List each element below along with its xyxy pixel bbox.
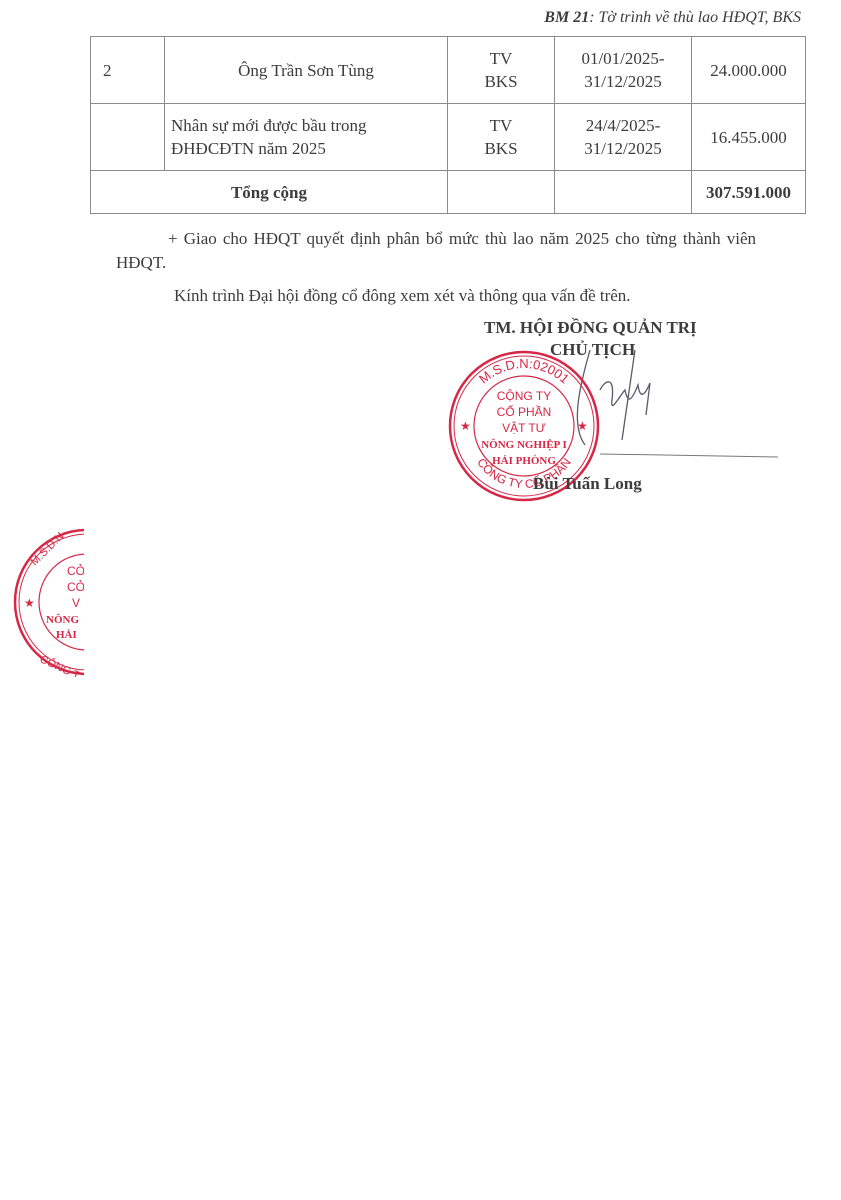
svg-text:NÔNG: NÔNG xyxy=(46,613,79,626)
svg-text:★: ★ xyxy=(577,419,588,433)
svg-text:HẢI PHÒNG: HẢI PHÒNG xyxy=(492,455,556,467)
cell-no: 2 xyxy=(91,37,165,104)
cell-period: 01/01/2025-31/12/2025 xyxy=(555,37,692,104)
svg-text:CỔ PHẦN: CỔ PHẦN xyxy=(497,404,552,419)
svg-text:NÔNG NGHIỆP I: NÔNG NGHIỆP I xyxy=(481,438,567,451)
svg-text:HẢI: HẢI xyxy=(56,629,77,641)
cell-period: 24/4/2025-31/12/2025 xyxy=(555,104,692,171)
total-label: Tổng cộng xyxy=(91,171,448,214)
signature-org: TM. HỘI ĐỒNG QUẢN TRỊ xyxy=(484,318,697,338)
table-total-row: Tổng cộng 307.591.000 xyxy=(91,171,806,214)
svg-text:CỎ: CỎ xyxy=(67,579,84,594)
cell-amount: 24.000.000 xyxy=(692,37,806,104)
partial-stamp: ★ M.S.D.N CÔNG T CỎ CỎ V NÔNG HẢI xyxy=(12,527,84,677)
remuneration-table: 2 Ông Trần Sơn Tùng TVBKS 01/01/2025-31/… xyxy=(90,36,806,214)
cell-name: Ông Trần Sơn Tùng xyxy=(165,37,448,104)
cell-empty xyxy=(448,171,555,214)
signer-name: Bùi Tuấn Long xyxy=(533,474,642,494)
total-amount: 307.591.000 xyxy=(692,171,806,214)
form-title: : Tờ trình về thù lao HĐQT, BKS xyxy=(589,9,801,26)
cell-no xyxy=(91,104,165,171)
svg-text:CỎ: CỎ xyxy=(67,563,84,578)
svg-text:★: ★ xyxy=(24,596,35,610)
table-row: 2 Ông Trần Sơn Tùng TVBKS 01/01/2025-31/… xyxy=(91,37,806,104)
cell-amount: 16.455.000 xyxy=(692,104,806,171)
svg-text:VẬT TƯ: VẬT TƯ xyxy=(502,420,546,435)
table-row: Nhân sự mới được bầu trongĐHĐCĐTN năm 20… xyxy=(91,104,806,171)
cell-name: Nhân sự mới được bầu trongĐHĐCĐTN năm 20… xyxy=(165,104,448,171)
cell-empty xyxy=(555,171,692,214)
paragraph-assignment: + Giao cho HĐQT quyết định phân bổ mức t… xyxy=(116,227,756,275)
svg-text:CỘNG TY: CỘNG TY xyxy=(497,388,551,403)
form-code: BM 21 xyxy=(544,9,589,26)
svg-text:★: ★ xyxy=(460,419,471,433)
form-code-header: BM 21: Tờ trình về thù lao HĐQT, BKS xyxy=(544,9,801,27)
svg-text:CÔNG T: CÔNG T xyxy=(38,652,82,677)
cell-position: TVBKS xyxy=(448,104,555,171)
paragraph-request: Kính trình Đại hội đồng cổ đông xem xét … xyxy=(174,284,774,308)
svg-text:V: V xyxy=(72,596,80,610)
cell-position: TVBKS xyxy=(448,37,555,104)
